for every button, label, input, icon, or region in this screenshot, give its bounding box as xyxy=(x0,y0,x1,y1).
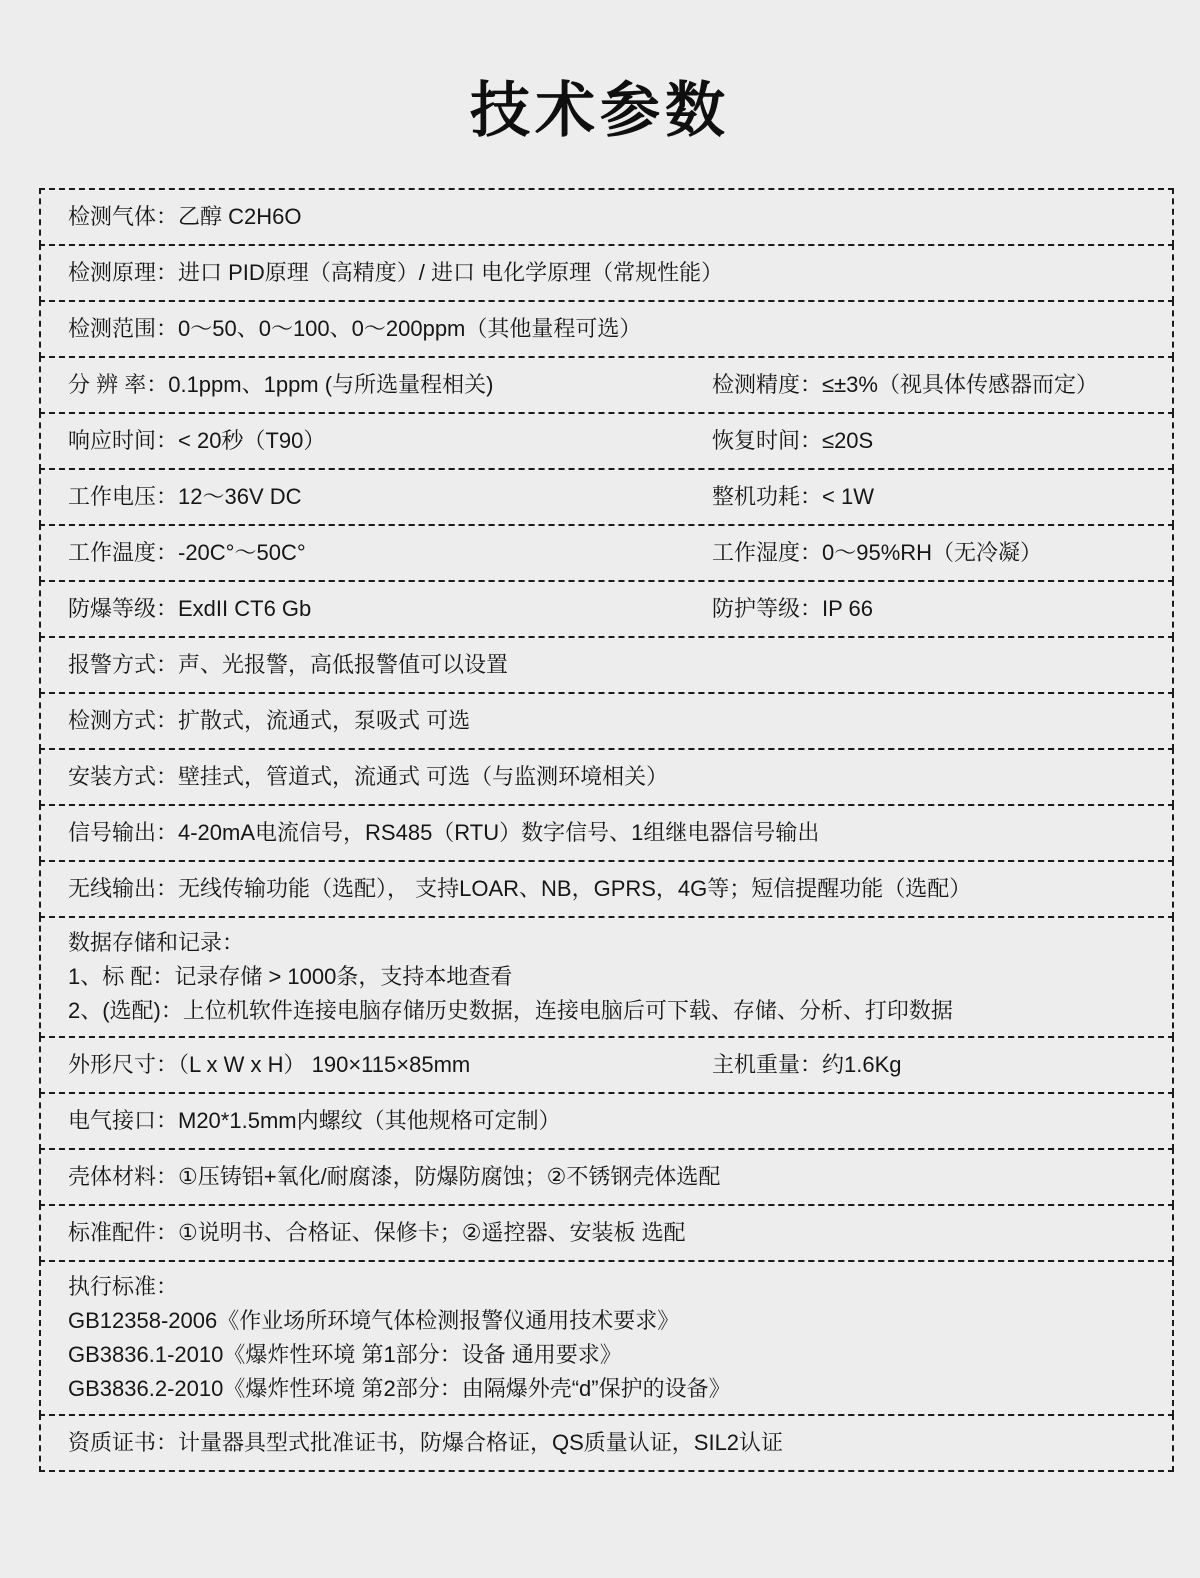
spec-text-voltage: 工作电压：12～36V DC xyxy=(68,482,712,512)
spec-row-detect-mode: 检测方式：扩散式，流通式，泵吸式 可选 xyxy=(39,692,1174,750)
spec-line: GB12358-2006《作业场所环境气体检测报警仪通用技术要求》 xyxy=(68,1304,1154,1338)
spec-row-housing-material: 壳体材料：①压铸铝+氧化/耐腐漆，防爆防腐蚀；②不锈钢壳体选配 xyxy=(39,1148,1174,1206)
spec-row-alarm-mode: 报警方式：声、光报警，高低报警值可以设置 xyxy=(39,636,1174,694)
spec-row-response-recovery: 响应时间：< 20秒（T90） 恢复时间：≤20S xyxy=(39,412,1174,470)
spec-row-signal-output: 信号输出：4-20mA电流信号，RS485（RTU）数字信号、1组继电器信号输出 xyxy=(39,804,1174,862)
spec-row-detect-principle: 检测原理：进口 PID原理（高精度）/ 进口 电化学原理（常规性能） xyxy=(39,244,1174,302)
spec-row-temperature-humidity: 工作温度：-20C°～50C° 工作湿度：0～95%RH（无冷凝） xyxy=(39,524,1174,582)
spec-text-power: 整机功耗：< 1W xyxy=(712,482,1154,512)
spec-line: 数据存储和记录： xyxy=(68,926,1154,960)
spec-text-explosion-rating: 防爆等级：ExdII CT6 Gb xyxy=(68,594,712,624)
spec-line: 1、标 配：记录存储 > 1000条，支持本地查看 xyxy=(68,960,1154,994)
spec-table: 检测气体：乙醇 C2H6O 检测原理：进口 PID原理（高精度）/ 进口 电化学… xyxy=(39,188,1174,1472)
spec-line: GB3836.1-2010《爆炸性环境 第1部分：设备 通用要求》 xyxy=(68,1338,1154,1372)
spec-text: 标准配件：①说明书、合格证、保修卡；②遥控器、安装板 选配 xyxy=(68,1218,686,1248)
spec-row-wireless-output: 无线输出：无线传输功能（选配）， 支持LOAR、NB，GPRS，4G等；短信提醒… xyxy=(39,860,1174,918)
spec-row-explosion-ip: 防爆等级：ExdII CT6 Gb 防护等级：IP 66 xyxy=(39,580,1174,638)
spec-text: 报警方式：声、光报警，高低报警值可以设置 xyxy=(68,650,508,680)
spec-row-voltage-power: 工作电压：12～36V DC 整机功耗：< 1W xyxy=(39,468,1174,526)
spec-text-resolution: 分 辨 率：0.1ppm、1ppm (与所选量程相关) xyxy=(68,370,712,400)
spec-row-detect-range: 检测范围：0～50、0～100、0～200ppm（其他量程可选） xyxy=(39,300,1174,358)
spec-text: 检测气体：乙醇 C2H6O xyxy=(68,202,301,232)
spec-row-certificates: 资质证书：计量器具型式批准证书，防爆合格证，QS质量认证，SIL2认证 xyxy=(39,1414,1174,1472)
spec-text-temperature: 工作温度：-20C°～50C° xyxy=(68,538,712,568)
spec-text: 电气接口：M20*1.5mm内螺纹（其他规格可定制） xyxy=(68,1106,561,1136)
spec-row-install-mode: 安装方式：壁挂式，管道式，流通式 可选（与监测环境相关） xyxy=(39,748,1174,806)
spec-row-dimensions-weight: 外形尺寸：（L x W x H） 190×115×85mm 主机重量：约1.6K… xyxy=(39,1036,1174,1094)
spec-text: 安装方式：壁挂式，管道式，流通式 可选（与监测环境相关） xyxy=(68,762,668,792)
spec-text-dimensions: 外形尺寸：（L x W x H） 190×115×85mm xyxy=(68,1050,712,1080)
spec-text: 信号输出：4-20mA电流信号，RS485（RTU）数字信号、1组继电器信号输出 xyxy=(68,818,819,848)
spec-row-standard-accessories: 标准配件：①说明书、合格证、保修卡；②遥控器、安装板 选配 xyxy=(39,1204,1174,1262)
page-title: 技术参数 xyxy=(0,0,1200,144)
spec-line: 2、(选配)：上位机软件连接电脑存储历史数据，连接电脑后可下载、存储、分析、打印… xyxy=(68,994,1154,1028)
spec-text: 检测方式：扩散式，流通式，泵吸式 可选 xyxy=(68,706,470,736)
spec-text-ip-rating: 防护等级：IP 66 xyxy=(712,594,1154,624)
spec-row-electrical-interface: 电气接口：M20*1.5mm内螺纹（其他规格可定制） xyxy=(39,1092,1174,1150)
spec-line: 执行标准： xyxy=(68,1270,1154,1304)
spec-text-accuracy: 检测精度：≤±3%（视具体传感器而定） xyxy=(712,370,1154,400)
spec-text: 检测原理：进口 PID原理（高精度）/ 进口 电化学原理（常规性能） xyxy=(68,258,723,288)
spec-row-data-storage: 数据存储和记录： 1、标 配：记录存储 > 1000条，支持本地查看 2、(选配… xyxy=(39,916,1174,1038)
spec-text: 无线输出：无线传输功能（选配）， 支持LOAR、NB，GPRS，4G等；短信提醒… xyxy=(68,874,971,904)
spec-text-response-time: 响应时间：< 20秒（T90） xyxy=(68,426,712,456)
spec-text-humidity: 工作湿度：0～95%RH（无冷凝） xyxy=(712,538,1154,568)
spec-text: 检测范围：0～50、0～100、0～200ppm（其他量程可选） xyxy=(68,314,641,344)
spec-row-detect-gas: 检测气体：乙醇 C2H6O xyxy=(39,188,1174,246)
spec-text-recovery-time: 恢复时间：≤20S xyxy=(712,426,1154,456)
spec-row-standards: 执行标准： GB12358-2006《作业场所环境气体检测报警仪通用技术要求》 … xyxy=(39,1260,1174,1416)
tech-params-page: 技术参数 检测气体：乙醇 C2H6O 检测原理：进口 PID原理（高精度）/ 进… xyxy=(0,0,1200,1578)
spec-line: GB3836.2-2010《爆炸性环境 第2部分：由隔爆外壳“d”保护的设备》 xyxy=(68,1372,1154,1406)
spec-row-resolution-accuracy: 分 辨 率：0.1ppm、1ppm (与所选量程相关) 检测精度：≤±3%（视具… xyxy=(39,356,1174,414)
spec-text-weight: 主机重量：约1.6Kg xyxy=(712,1050,1154,1080)
spec-text: 壳体材料：①压铸铝+氧化/耐腐漆，防爆防腐蚀；②不锈钢壳体选配 xyxy=(68,1162,720,1192)
spec-text: 资质证书：计量器具型式批准证书，防爆合格证，QS质量认证，SIL2认证 xyxy=(68,1428,783,1458)
